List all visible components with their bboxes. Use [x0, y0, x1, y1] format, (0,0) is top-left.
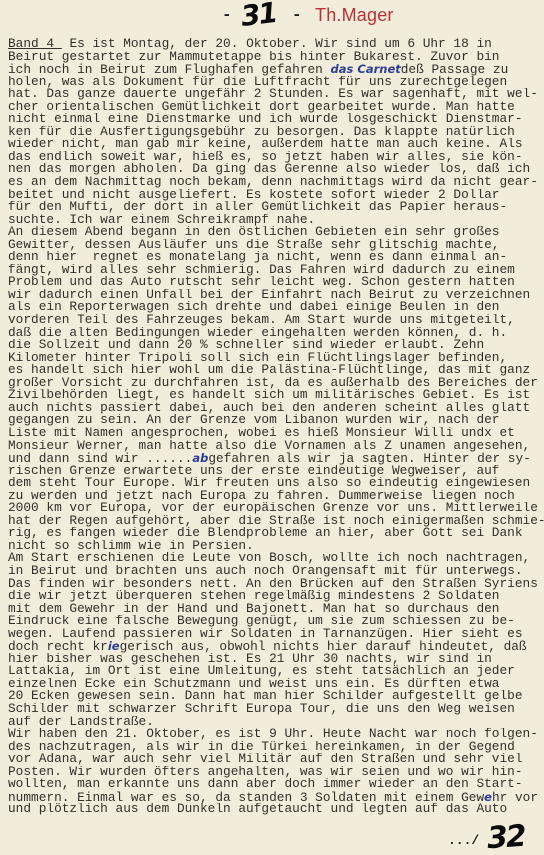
- typed-text-segment: mit dem Gewehr in der Hand und Bajonett.…: [8, 603, 499, 616]
- typed-text-segment: auf der Landstraße.: [8, 716, 154, 729]
- typed-text-segment: nen das morgen abholen. Da ging das Gere…: [8, 163, 530, 176]
- typed-text-segment: dem steht Tour Europe. Wir freuten uns a…: [8, 477, 530, 490]
- typed-text-segment: Monsieur Werner, man hatte also die Vorn…: [8, 440, 530, 453]
- text-line: es handelt sich hier wohl um die Palästi…: [8, 364, 544, 377]
- text-line: nen das morgen abholen. Da ging das Gere…: [8, 163, 544, 176]
- typed-text-segment: beitet und nicht ausgeliefert. Es kostet…: [8, 189, 499, 202]
- handwritten-page-number: 31: [239, 0, 278, 33]
- text-line: die Sollzeit und dann 20 % schneller sin…: [8, 339, 544, 352]
- typed-text-segment: Es ist Montag, der 20. Oktober. Wir sind…: [62, 38, 492, 51]
- text-line: Monsieur Werner, man hatte also die Vorn…: [8, 440, 544, 453]
- text-line: Wir haben den 21. Oktober, es ist 9 Uhr.…: [8, 728, 544, 741]
- typed-text-segment: rig, es fangen wieder die Blendprobleme …: [8, 527, 523, 540]
- text-line: 2000 km vor Europa, vor der europäischen…: [8, 502, 544, 515]
- scanned-document-page: - 31 - Th.Mager Band 4 Es ist Montag, de…: [0, 0, 544, 855]
- text-line: ken für die Ausfertigungsgebühr zu besor…: [8, 126, 544, 139]
- text-line: zu werden und jetzt nach Europa zu fahre…: [8, 490, 544, 503]
- text-line: beitet und nicht ausgeliefert. Es kostet…: [8, 189, 544, 202]
- typed-text-segment: auch nichts passiert dabei, auch bei den…: [8, 402, 530, 415]
- text-line: dem steht Tour Europe. Wir freuten uns a…: [8, 477, 544, 490]
- typed-text-segment: des nachzutragen, als wir in die Türkei …: [8, 741, 515, 754]
- text-line: daß die alten Bedingungen wieder eingeha…: [8, 327, 544, 340]
- typed-text-segment: zu werden und jetzt nach Europa zu fahre…: [8, 490, 515, 503]
- text-line: nummern. Einmal war es so, da standen 3 …: [8, 791, 544, 804]
- page-header: - 31 - Th.Mager: [0, 0, 544, 34]
- text-line: auf der Landstraße.: [8, 716, 544, 729]
- typed-text-segment: die Sollzeit und dann 20 % schneller sin…: [8, 339, 484, 352]
- text-line: wegen. Laufend passieren wir Soldaten in…: [8, 628, 544, 641]
- text-line: denn hier regnet es monatelang ja nicht,…: [8, 251, 544, 264]
- text-line: Am Start erschienen die Leute von Bosch,…: [8, 552, 544, 565]
- typed-text-segment: doch recht kr: [8, 640, 108, 653]
- text-line: einzelnen Ecke ein Schutzmann und weist …: [8, 678, 544, 691]
- typed-text-segment: als ein Reporterwagen sich drehte und da…: [8, 301, 499, 314]
- typed-text-segment: Liste mit Namen angesprochen, wobei es h…: [8, 427, 515, 440]
- handwritten-correction: e: [484, 791, 492, 804]
- text-line: hier bisher was geschehen ist. Es 21 Uhr…: [8, 653, 544, 666]
- text-line: Lattakia, im Ort ist eine Umleitung, es …: [8, 665, 544, 678]
- text-line: wollten, man erkannte uns dann aber doch…: [8, 778, 544, 791]
- typed-text-segment: gerisch aus, obwohl nichts hier darauf h…: [120, 640, 527, 653]
- typed-text-segment: einzelnen Ecke ein Schutzmann und weist …: [8, 678, 499, 691]
- text-line: wir dadurch einen Unfall bei der Einfahr…: [8, 289, 544, 302]
- typed-text-segment: Schilder mit schwarzer Schrift Europa To…: [8, 703, 515, 716]
- typed-text-segment: Problem und das Auto rutscht sehr leicht…: [8, 276, 515, 289]
- text-line: holen, was als Dokument für die Luftfrac…: [8, 76, 544, 89]
- text-line: Schilder mit schwarzer Schrift Europa To…: [8, 703, 544, 716]
- typed-text-segment: Band 4: [8, 38, 62, 51]
- text-line: fängt, wird alles sehr schmierig. Das Fa…: [8, 264, 544, 277]
- typed-text-segment: Das finden wir besonders nett. An den Br…: [8, 578, 538, 591]
- typed-text-segment: hat der Regen aufgehört, aber die Straße…: [8, 515, 544, 528]
- typed-text-segment: An diesem Abend begann in den östlichen …: [8, 226, 499, 239]
- text-line: Kilometer hinter Tripoli soll sich ein F…: [8, 352, 544, 365]
- typed-text-segment: in Beirut und brachten uns auch noch Ora…: [8, 565, 523, 578]
- typed-text-segment: Beirut gestartet zur Mammutetappe bis hi…: [8, 51, 499, 64]
- typed-text-segment: wollten, man erkannte uns dann aber doch…: [8, 778, 523, 791]
- typed-text-segment: Eindruck eine falsche Bewegung genügt, u…: [8, 615, 515, 628]
- author-name: Th.Mager: [315, 5, 394, 26]
- typed-text-segment: ken für die Ausfertigungsgebühr zu besor…: [8, 126, 515, 139]
- typed-text-segment: nicht einmal eine Dienstmarke und ich wu…: [8, 113, 523, 126]
- typed-text-segment: deß Passage zu: [401, 63, 509, 76]
- text-line: vorderen Teil des Fahrzeuges bekam. Am S…: [8, 314, 544, 327]
- text-line: für den Mufti, der dort in aller Gemütli…: [8, 201, 544, 214]
- text-line: ich noch in Beirut zum Flughafen gefahre…: [8, 63, 544, 76]
- typed-text-segment: rischen Grenze erwartete uns der erste e…: [8, 465, 499, 478]
- text-line: Eindruck eine falsche Bewegung genügt, u…: [8, 615, 544, 628]
- typed-body: Band 4 Es ist Montag, der 20. Oktober. W…: [8, 38, 544, 816]
- text-line: Zivilbehörden liegt, es handelt sich um …: [8, 389, 544, 402]
- text-line: nicht einmal eine Dienstmarke und ich wu…: [8, 113, 544, 126]
- text-line: die wir jetzt überqueren stehen regelmäß…: [8, 590, 544, 603]
- typed-text-segment: cher orientalischen Gemütlichkeit dort g…: [8, 101, 515, 114]
- text-line: cher orientalischen Gemütlichkeit dort g…: [8, 101, 544, 114]
- typed-text-segment: großer Vorsicht zu durchfahren ist, da e…: [8, 377, 538, 390]
- typed-text-segment: vor Adana, war auch sehr viel Militär au…: [8, 753, 523, 766]
- text-line: Band 4 Es ist Montag, der 20. Oktober. W…: [8, 38, 544, 51]
- text-line: Liste mit Namen angesprochen, wobei es h…: [8, 427, 544, 440]
- typed-text-segment: suchte. Ich war einem Schreikrampf nahe.: [8, 214, 315, 227]
- typed-text-segment: gegangen zu sein. An der Grenze vom Liba…: [8, 414, 499, 427]
- header-dash-right: -: [292, 6, 302, 24]
- typed-text-segment: nicht so schlimm wie in Persien.: [8, 540, 254, 553]
- text-line: Beirut gestartet zur Mammutetappe bis hi…: [8, 51, 544, 64]
- typed-text-segment: denn hier regnet es monatelang ja nicht,…: [8, 251, 507, 264]
- typed-text-segment: Gewitter, dessen Ausläufer uns die Straß…: [8, 239, 499, 252]
- text-line: rig, es fangen wieder die Blendprobleme …: [8, 527, 544, 540]
- text-line: Posten. Wir wurden öfters angehalten, wa…: [8, 766, 544, 779]
- text-line: das endlich soweit war, hieß es, so jetz…: [8, 151, 544, 164]
- typed-text-segment: Am Start erschienen die Leute von Bosch,…: [8, 552, 530, 565]
- typed-text-segment: 2000 km vor Europa, vor der europäischen…: [8, 502, 538, 515]
- text-line: mit dem Gewehr in der Hand und Bajonett.…: [8, 603, 544, 616]
- typed-text-segment: daß die alten Bedingungen wieder eingeha…: [8, 327, 507, 340]
- text-line: und dann sind wir ......abgefahren als w…: [8, 452, 544, 465]
- typed-text-segment: es an dem Nachmittag noch bekam, denn na…: [8, 176, 538, 189]
- typed-text-segment: Lattakia, im Ort ist eine Umleitung, es …: [8, 665, 515, 678]
- typed-text-segment: fängt, wird alles sehr schmierig. Das Fa…: [8, 264, 515, 277]
- text-line: des nachzutragen, als wir in die Türkei …: [8, 741, 544, 754]
- text-line: großer Vorsicht zu durchfahren ist, da e…: [8, 377, 544, 390]
- typed-text-segment: Zivilbehörden liegt, es handelt sich um …: [8, 389, 530, 402]
- handwritten-correction: ie: [108, 640, 120, 653]
- text-line: nicht so schlimm wie in Persien.: [8, 540, 544, 553]
- text-line: suchte. Ich war einem Schreikrampf nahe.: [8, 214, 544, 227]
- typed-text-segment: gefahren als wir ja sagten. Hinter der s…: [208, 452, 531, 465]
- typed-text-segment: holen, was als Dokument für die Luftfrac…: [8, 76, 507, 89]
- text-line: Problem und das Auto rutscht sehr leicht…: [8, 276, 544, 289]
- handwritten-next-page-number: 32: [486, 819, 526, 855]
- text-line: Das finden wir besonders nett. An den Br…: [8, 578, 544, 591]
- typed-text-segment: und dann sind wir ......: [8, 452, 192, 465]
- typed-text-segment: wieder nicht, man gab mir keine, außerde…: [8, 138, 523, 151]
- typed-text-segment: ich noch in Beirut zum Flughafen gefahre…: [8, 63, 331, 76]
- typed-text-segment: hier bisher was geschehen ist. Es 21 Uhr…: [8, 653, 492, 666]
- text-line: auch nichts passiert dabei, auch bei den…: [8, 402, 544, 415]
- text-line: es an dem Nachmittag noch bekam, denn na…: [8, 176, 544, 189]
- text-line: hat der Regen aufgehört, aber die Straße…: [8, 515, 544, 528]
- typed-text-segment: hat. Das ganze dauerte ungefähr 2 Stunde…: [8, 88, 538, 101]
- text-line: wieder nicht, man gab mir keine, außerde…: [8, 138, 544, 151]
- typed-text-segment: für den Mufti, der dort in aller Gemütli…: [8, 201, 507, 214]
- continuation-dots: .../: [448, 833, 479, 848]
- text-line: doch recht kriegerisch aus, obwohl nicht…: [8, 640, 544, 653]
- typed-text-segment: wir dadurch einen Unfall bei der Einfahr…: [8, 289, 530, 302]
- text-line: in Beirut und brachten uns auch noch Ora…: [8, 565, 544, 578]
- text-line: hat. Das ganze dauerte ungefähr 2 Stunde…: [8, 88, 544, 101]
- typed-text-segment: das endlich soweit war, hieß es, so jetz…: [8, 151, 523, 164]
- typed-text-segment: es handelt sich hier wohl um die Palästi…: [8, 364, 530, 377]
- text-line: Gewitter, dessen Ausläufer uns die Straß…: [8, 239, 544, 252]
- typed-text-segment: vorderen Teil des Fahrzeuges bekam. Am S…: [8, 314, 515, 327]
- text-line: An diesem Abend begann in den östlichen …: [8, 226, 544, 239]
- typed-text-segment: nummern. Einmal war es so, da standen 3 …: [8, 791, 484, 804]
- text-line: vor Adana, war auch sehr viel Militär au…: [8, 753, 544, 766]
- text-line: als ein Reporterwagen sich drehte und da…: [8, 301, 544, 314]
- text-line: und plötzlich aus dem Dunkeln aufgetauch…: [8, 803, 544, 816]
- typed-text-segment: Wir haben den 21. Oktober, es ist 9 Uhr.…: [8, 728, 538, 741]
- text-line: rischen Grenze erwartete uns der erste e…: [8, 465, 544, 478]
- typed-text-segment: wegen. Laufend passieren wir Soldaten in…: [8, 628, 523, 641]
- header-dash-left: -: [222, 6, 232, 24]
- typed-text-segment: hr vor: [492, 791, 538, 804]
- handwritten-correction: ab: [192, 452, 208, 465]
- typed-text-segment: und plötzlich aus dem Dunkeln aufgetauch…: [8, 803, 507, 816]
- text-line: 20 Ecken gewesen sein. Dann hat man hier…: [8, 690, 544, 703]
- handwritten-correction: das Carnet: [331, 63, 401, 76]
- typed-text-segment: 20 Ecken gewesen sein. Dann hat man hier…: [8, 690, 523, 703]
- typed-text-segment: Kilometer hinter Tripoli soll sich ein F…: [8, 352, 507, 365]
- typed-text-segment: die wir jetzt überqueren stehen regelmäß…: [8, 590, 499, 603]
- text-line: gegangen zu sein. An der Grenze vom Liba…: [8, 414, 544, 427]
- typed-text-segment: Posten. Wir wurden öfters angehalten, wa…: [8, 766, 523, 779]
